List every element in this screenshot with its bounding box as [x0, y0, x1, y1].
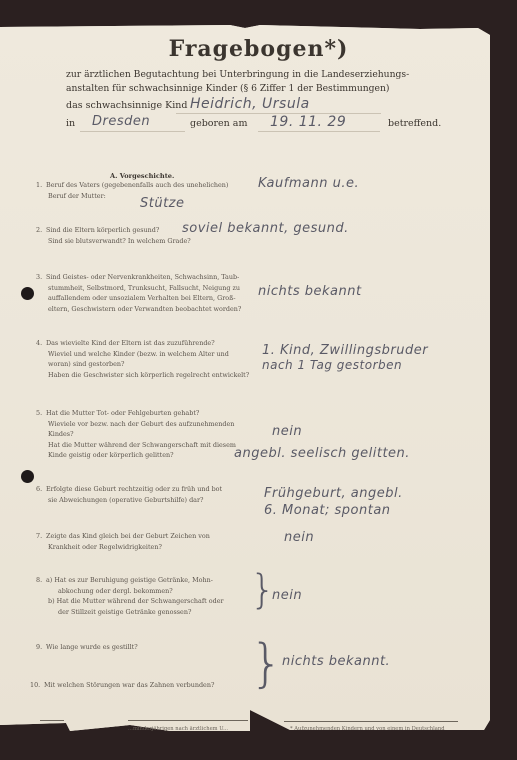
place-line: [80, 131, 185, 132]
place-value: Dresden: [92, 114, 150, 129]
paper-surface: [0, 25, 490, 737]
question-10: 10.Mit welchen Störungen war das Zahnen …: [30, 680, 260, 691]
footer-rule-right: [284, 721, 458, 722]
answer-6-line-2: 6. Monat; spontan: [264, 503, 391, 518]
born-label: geboren am: [190, 118, 247, 129]
answer-8: nein: [272, 588, 302, 603]
section-heading: A. Vorgeschichte.: [110, 172, 174, 180]
document-page: [0, 25, 490, 737]
question-6: 6.Erfolgte diese Geburt rechtzeitig oder…: [36, 484, 254, 505]
punch-hole-top: [21, 287, 34, 300]
brace-q9-q10: }: [250, 634, 283, 694]
born-line: [258, 131, 380, 132]
answer-4-line-2: nach 1 Tag gestorben: [262, 358, 402, 372]
answer-9-10: nichts bekannt.: [282, 654, 390, 669]
footer-rule-left: [128, 720, 248, 721]
document-title: Fragebogen*): [0, 36, 517, 62]
question-8: 8.a) Hat es zur Beruhigung geistige Getr…: [36, 575, 254, 617]
answer-5-line-1: nein: [272, 424, 302, 439]
subtitle-line-2: anstalten für schwachsinnige Kinder (§ 6…: [66, 82, 446, 96]
subtitle-line-1: zur ärztlichen Begutachtung bei Unterbri…: [66, 68, 446, 82]
question-9: 9.Wie lange wurde es gestillt?: [36, 642, 254, 653]
born-value: 19. 11. 29: [270, 114, 346, 130]
child-name-value: Heidrich, Ursula: [190, 96, 310, 112]
question-7: 7.Zeigte das Kind gleich bei der Geburt …: [36, 531, 254, 552]
footnote-right: * Aufzunehmenden Kindern und von einem i…: [290, 726, 445, 732]
footnote-left: ...minderjährigen nach ärztlichem U...: [128, 726, 228, 732]
concerning-label: betreffend.: [388, 118, 441, 129]
answer-2: soviel bekannt, gesund.: [182, 221, 349, 236]
answer-4-line-1: 1. Kind, Zwillingsbruder: [262, 343, 428, 358]
question-4: 4.Das wievielte Kind der Eltern ist das …: [36, 338, 254, 380]
answer-3: nichts bekannt: [258, 284, 362, 299]
footer-rule-short: [40, 720, 64, 721]
answer-5-line-2: angebl. seelisch gelitten.: [234, 446, 410, 461]
answer-1-mother: Stütze: [140, 196, 185, 211]
answer-1-father: Kaufmann u.e.: [258, 176, 359, 191]
question-3: 3.Sind Geistes- oder Nervenkrankheiten, …: [36, 272, 254, 314]
question-5: 5.Hat die Mutter Tot- oder Fehlgeburten …: [36, 408, 254, 461]
punch-hole-bottom: [21, 470, 34, 483]
answer-7: nein: [284, 530, 314, 545]
place-label: in: [66, 118, 75, 129]
answer-6-line-1: Frühgeburt, angebl.: [264, 486, 403, 501]
child-label: das schwachsinnige Kind: [66, 100, 187, 111]
